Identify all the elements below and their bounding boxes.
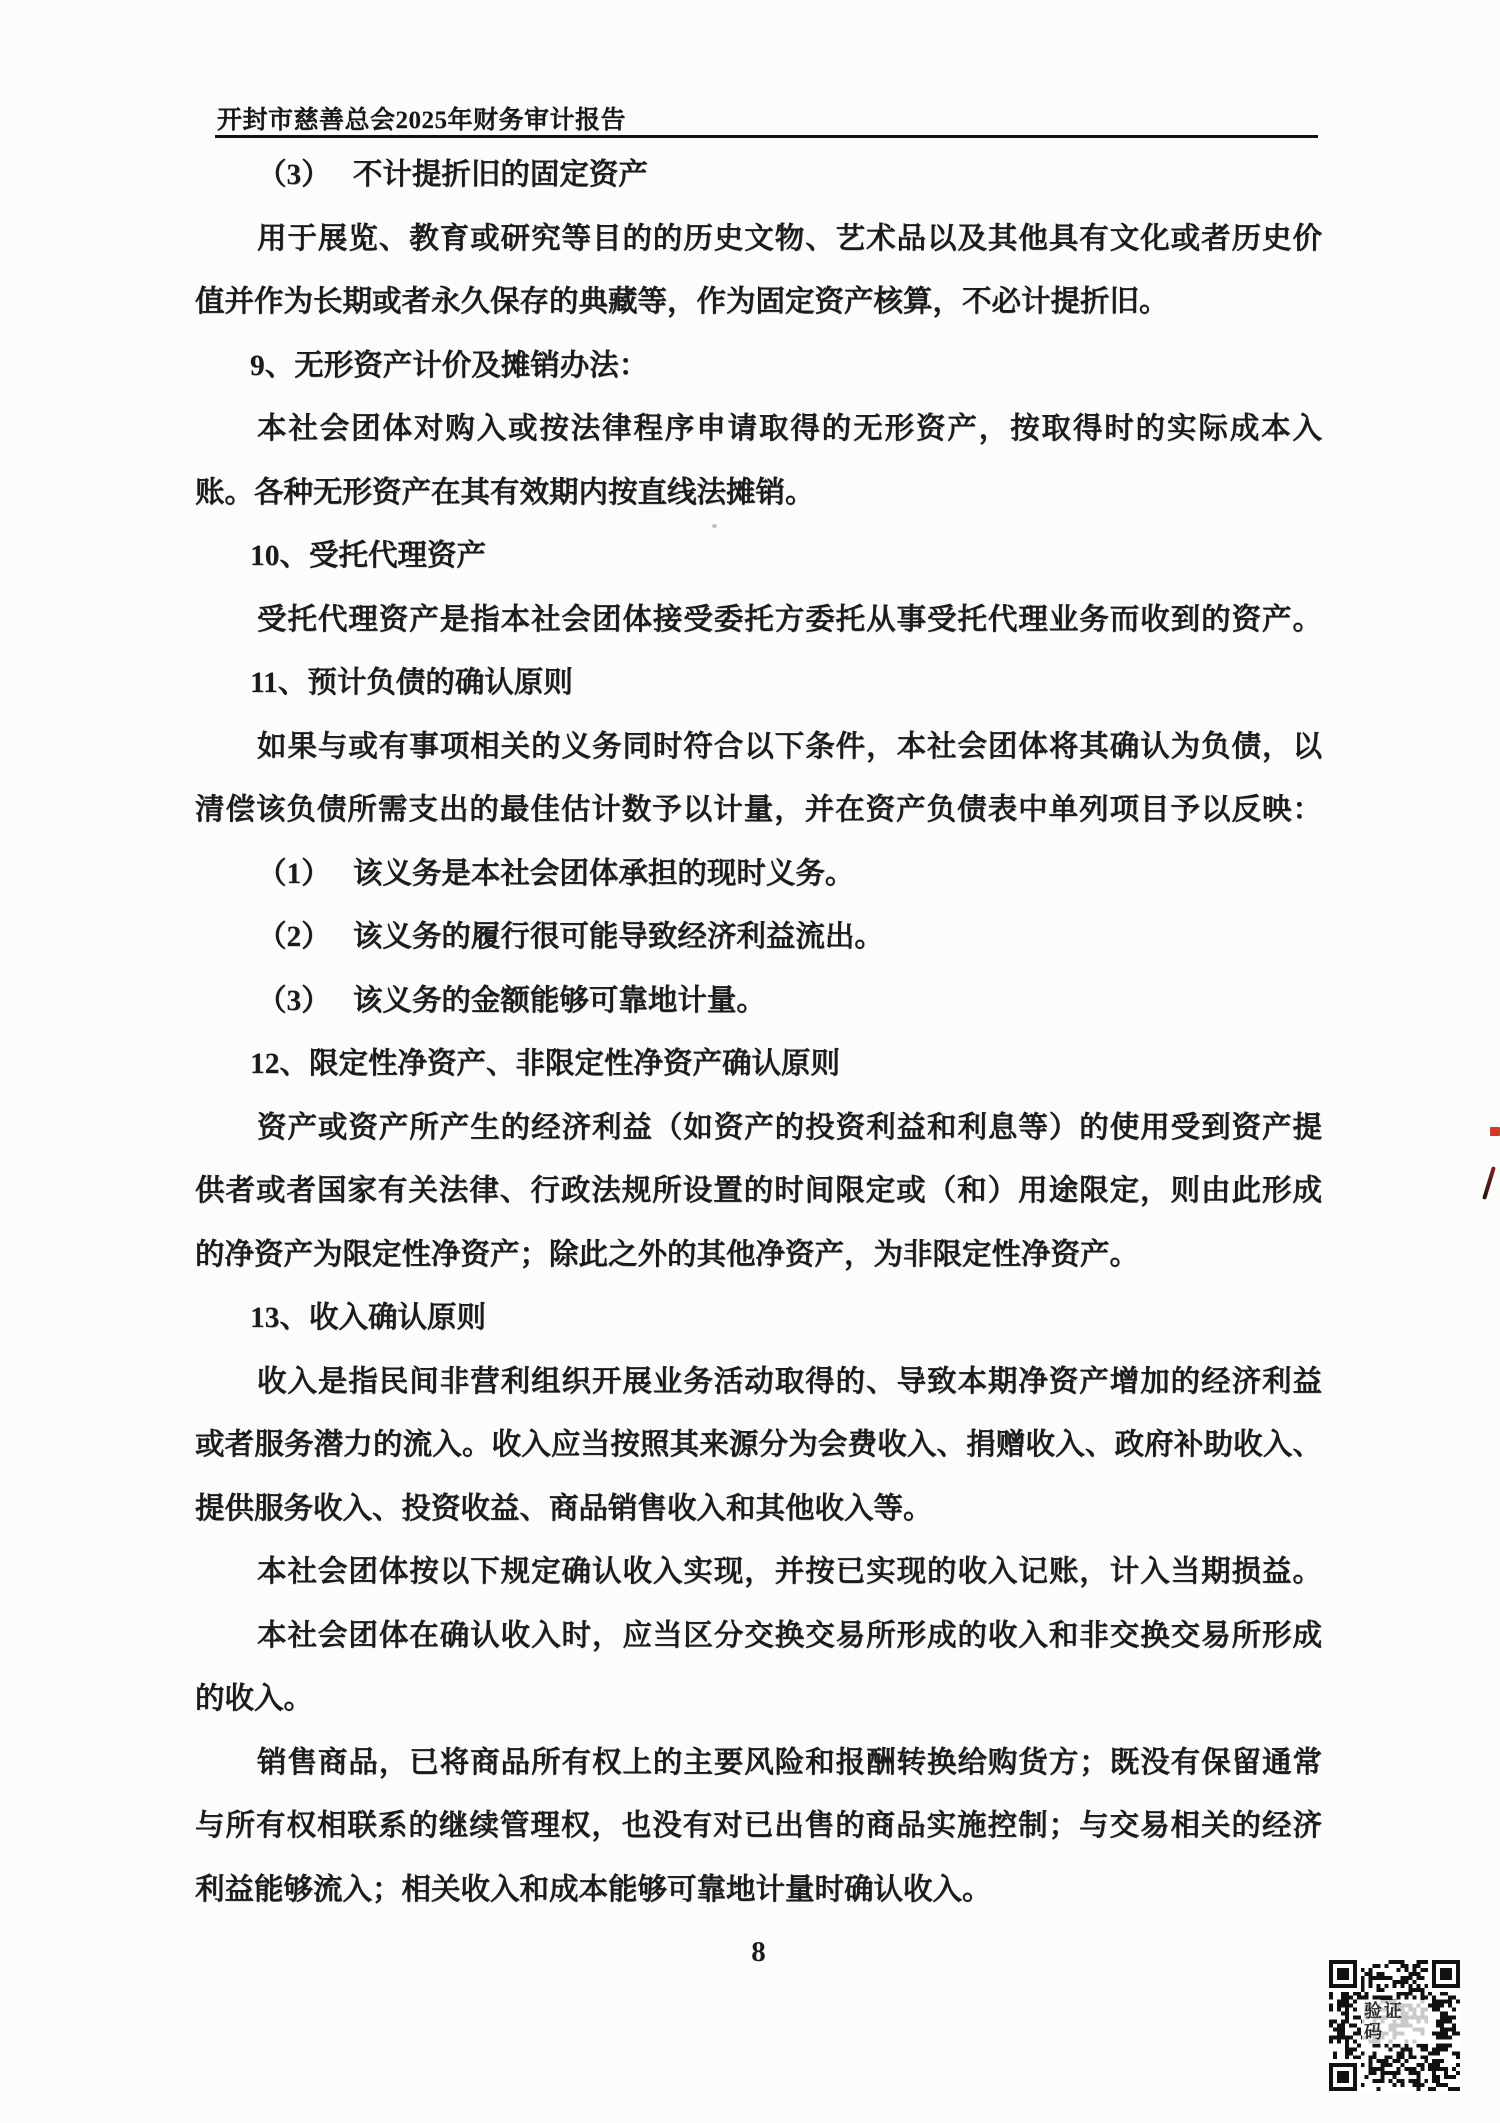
qr-verification-label: 验证 码 — [1362, 2000, 1428, 2044]
text-line: （1） 该义务是本社会团体承担的现时义务。 — [195, 843, 1322, 907]
qr-label-line1: 验证 — [1364, 2001, 1404, 2021]
text-line: （3） 不计提折旧的固定资产 — [195, 144, 1322, 208]
scan-speck — [716, 1124, 720, 1128]
text-line: 本社会团体按以下规定确认收入实现，并按已实现的收入记账，计入当期损益。 — [195, 1541, 1322, 1605]
page-number: 8 — [195, 1936, 1322, 1969]
red-pen-slash-mark — [1482, 1166, 1496, 1200]
text-line: 受托代理资产是指本社会团体接受委托方委托从事受托代理业务而收到的资产。 — [195, 589, 1322, 653]
qr-label-line2: 码 — [1364, 2022, 1384, 2042]
text-line: 供者或者国家有关法律、行政法规所设置的时间限定或（和）用途限定，则由此形成 — [195, 1160, 1322, 1224]
text-line: 本社会团体在确认收入时，应当区分交换交易所形成的收入和非交换交易所形成 — [195, 1605, 1322, 1669]
text-line: （2） 该义务的履行很可能导致经济利益流出。 — [195, 906, 1322, 970]
text-line: 值并作为长期或者永久保存的典藏等，作为固定资产核算，不必计提折旧。 — [195, 271, 1322, 335]
text-line: 与所有权相联系的继续管理权，也没有对已出售的商品实施控制；与交易相关的经济 — [195, 1795, 1322, 1859]
text-line: （3） 该义务的金额能够可靠地计量。 — [195, 970, 1322, 1034]
red-pen-dash-mark — [1490, 1127, 1500, 1136]
text-line: 收入是指民间非营利组织开展业务活动取得的、导致本期净资产增加的经济利益 — [195, 1351, 1322, 1415]
text-line: 清偿该负债所需支出的最佳估计数予以计量，并在资产负债表中单列项目予以反映： — [195, 779, 1322, 843]
text-line: 销售商品，已将商品所有权上的主要风险和报酬转换给购货方；既没有保留通常 — [195, 1732, 1322, 1796]
page-header-title: 开封市慈善总会2025年财务审计报告 — [217, 100, 626, 136]
text-line: 资产或资产所产生的经济利益（如资产的投资利益和利息等）的使用受到资产提 — [195, 1097, 1322, 1161]
text-line: 用于展览、教育或研究等目的的历史文物、艺术品以及其他具有文化或者历史价 — [195, 208, 1322, 272]
text-line: 12、限定性净资产、非限定性净资产确认原则 — [195, 1033, 1322, 1097]
text-line: 11、预计负债的确认原则 — [195, 652, 1322, 716]
text-line: 利益能够流入；相关收入和成本能够可靠地计量时确认收入。 — [195, 1859, 1322, 1923]
text-line: 提供服务收入、投资收益、商品销售收入和其他收入等。 — [195, 1478, 1322, 1542]
scan-speck — [455, 1388, 458, 1391]
text-line: 本社会团体对购入或按法律程序申请取得的无形资产，按取得时的实际成本入 — [195, 398, 1322, 462]
text-line: 9、无形资产计价及摊销办法： — [195, 335, 1322, 399]
header-rule — [215, 135, 1318, 138]
qr-code: 验证 码 — [1329, 1960, 1460, 2091]
text-line: 的收入。 — [195, 1668, 1322, 1732]
scanned-document-page: 开封市慈善总会2025年财务审计报告 （3） 不计提折旧的固定资产用于展览、教育… — [0, 0, 1500, 2123]
text-line: 如果与或有事项相关的义务同时符合以下条件，本社会团体将其确认为负债，以 — [195, 716, 1322, 780]
text-line: 的净资产为限定性净资产；除此之外的其他净资产，为非限定性净资产。 — [195, 1224, 1322, 1288]
text-line: 或者服务潜力的流入。收入应当按照其来源分为会费收入、捐赠收入、政府补助收入、 — [195, 1414, 1322, 1478]
document-body: （3） 不计提折旧的固定资产用于展览、教育或研究等目的的历史文物、艺术品以及其他… — [195, 144, 1322, 1922]
scan-speck — [712, 524, 717, 528]
text-line: 10、受托代理资产 — [195, 525, 1322, 589]
text-line: 13、收入确认原则 — [195, 1287, 1322, 1351]
text-line: 账。各种无形资产在其有效期内按直线法摊销。 — [195, 462, 1322, 526]
